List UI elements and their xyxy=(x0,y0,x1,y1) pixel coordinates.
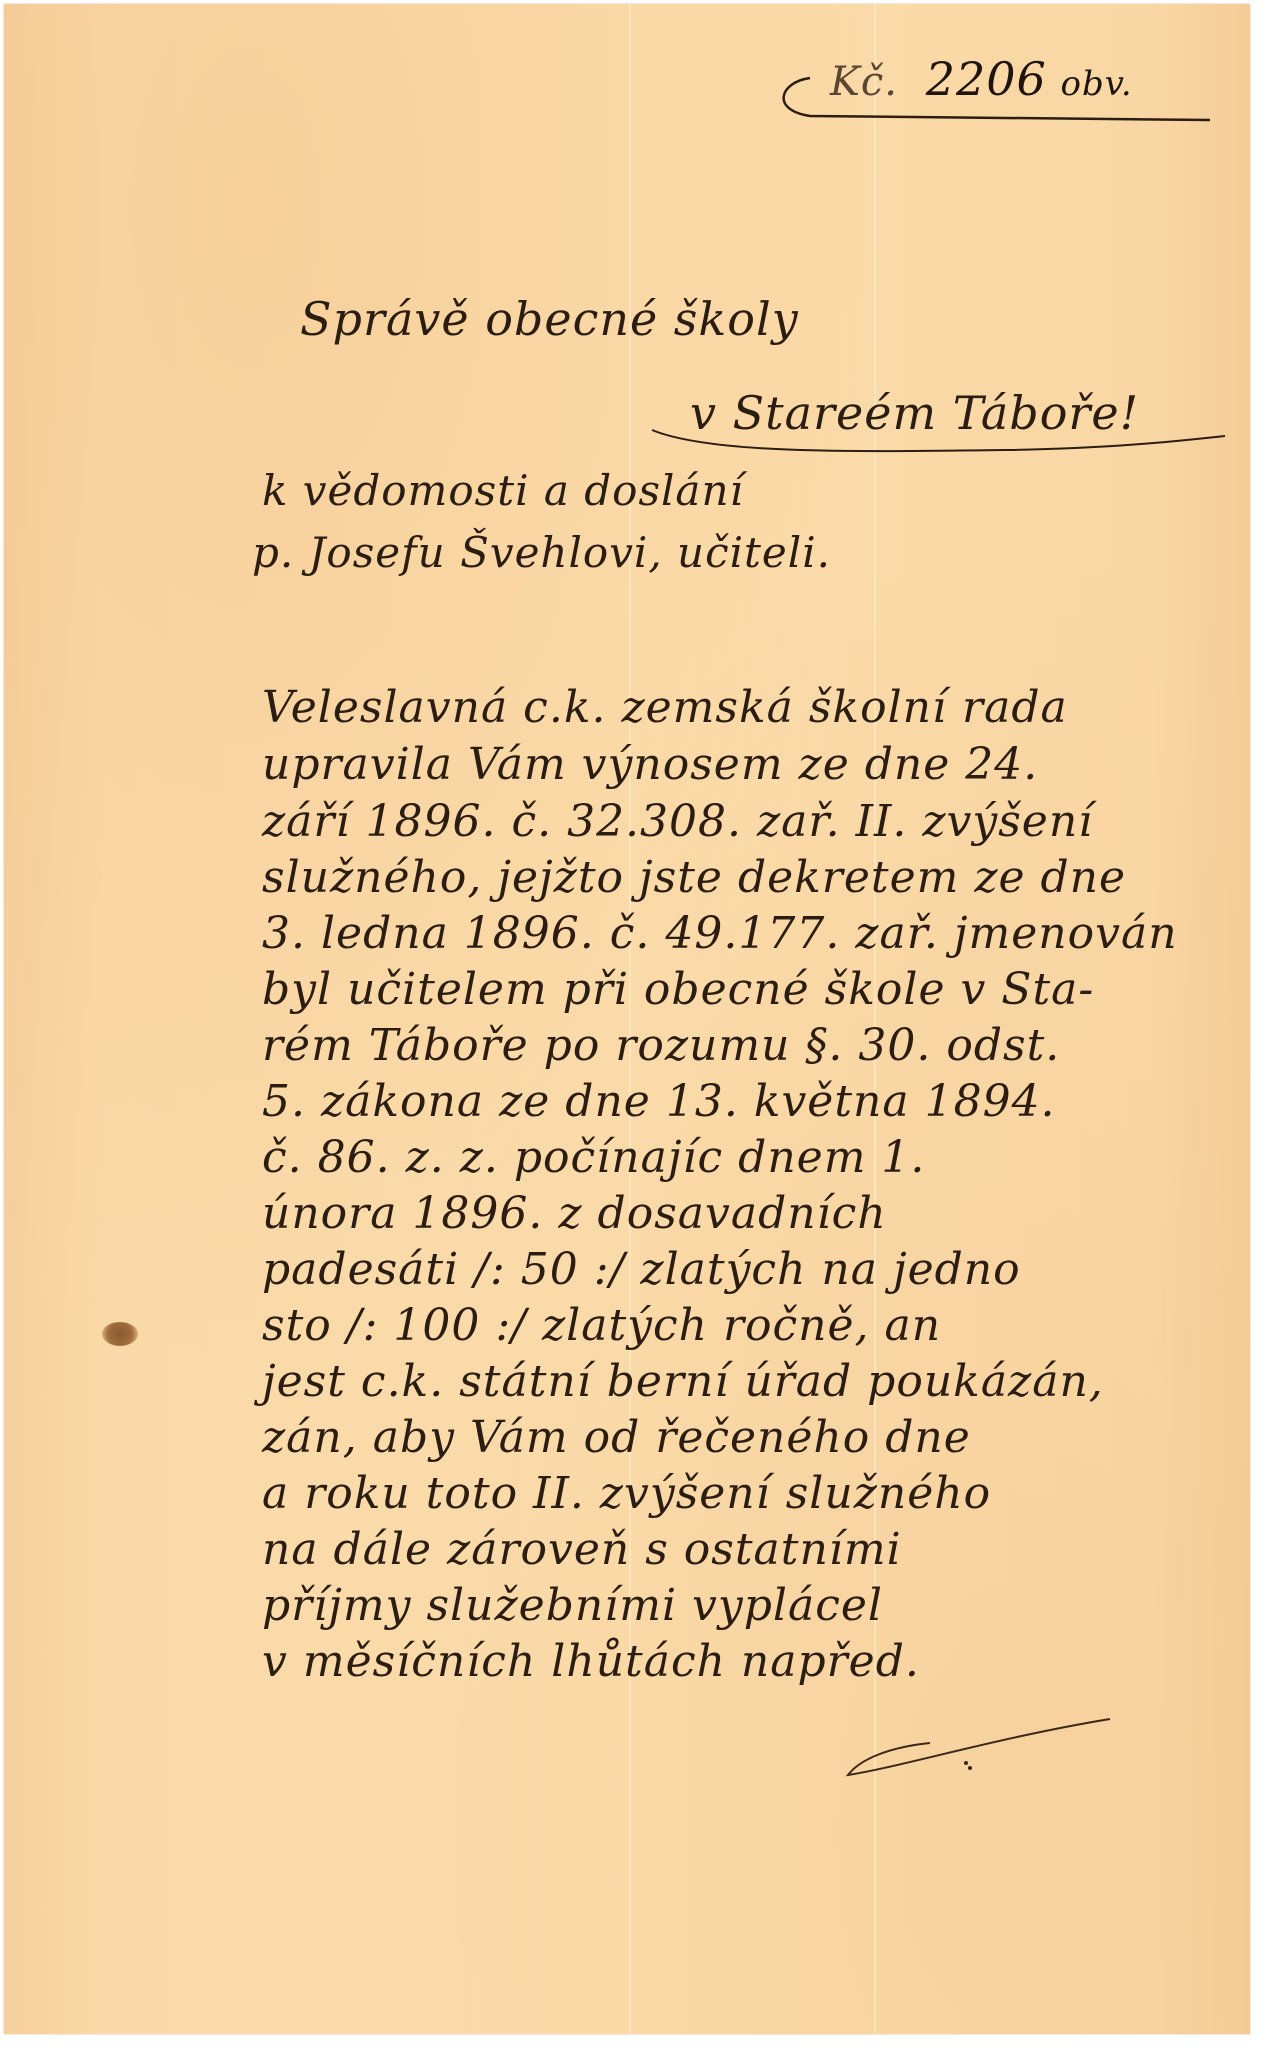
body-line: sto /: 100 :/ zlatých ročně, an xyxy=(262,1300,941,1351)
reference-underline xyxy=(770,70,1230,130)
body-line: upravila Vám výnosem ze dne 24. xyxy=(262,739,1038,790)
body-line: příjmy služebními vyplácel xyxy=(262,1580,883,1631)
body-line: 3. ledna 1896. č. 49.177. zař. jmenován xyxy=(262,908,1178,959)
body-line: 5. zákona ze dne 13. května 1894. xyxy=(262,1076,1056,1127)
body-line: padesáti /: 50 :/ zlatých na jedno xyxy=(262,1244,1021,1295)
body-line: na dále zároveň s ostatními xyxy=(262,1524,902,1575)
addressee-line-1: Správě obecné školy xyxy=(300,292,799,346)
body-line: jest c.k. státní berní úřad poukázán, xyxy=(262,1356,1104,1407)
body-line: a roku toto II. zvýšení služného xyxy=(262,1468,991,1519)
body-line: byl učitelem při obecné škole v Sta- xyxy=(262,964,1094,1015)
body-line: února 1896. z dosavadních xyxy=(262,1188,887,1239)
notice-line-1: k vědomosti a doslání xyxy=(262,466,744,515)
addressee-underline xyxy=(650,420,1230,460)
ink-stain xyxy=(102,1322,138,1346)
notice-line-2: p. Josefu Švehlovi, učiteli. xyxy=(252,528,831,577)
body-line: č. 86. z. z. počínajíc dnem 1. xyxy=(262,1132,925,1183)
body-line: zán, aby Vám od řečeného dne xyxy=(262,1412,971,1463)
body-line: Veleslavná c.k. zemská školní rada xyxy=(262,682,1068,733)
signature-flourish-icon xyxy=(800,1715,1120,1815)
body-line: září 1896. č. 32.308. zař. II. zvýšení xyxy=(262,796,1093,847)
body-line: rém Táboře po rozumu §. 30. odst. xyxy=(262,1020,1060,1071)
body-line: služného, jejžto jste dekretem ze dne xyxy=(262,852,1126,903)
body-line: v měsíčních lhůtách napřed. xyxy=(262,1636,920,1687)
